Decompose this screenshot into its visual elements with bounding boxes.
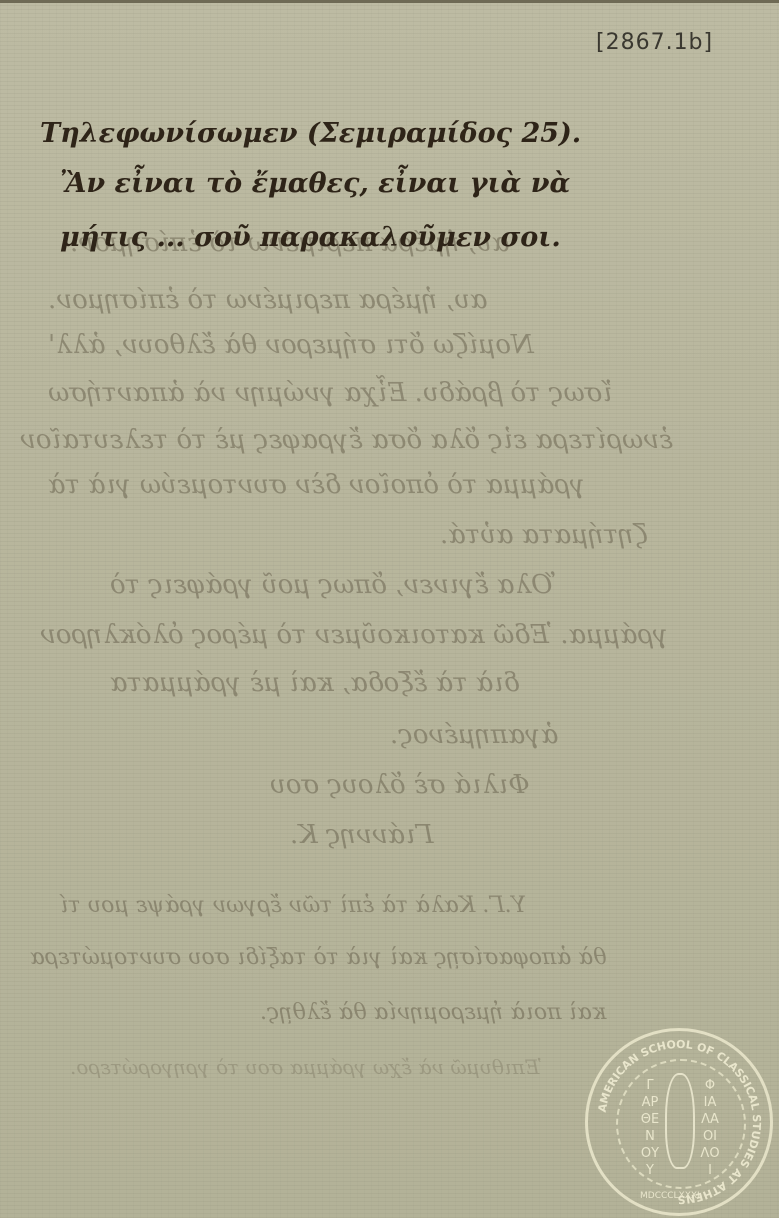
bleed-through-line: ἐνωρίτερα εἰς ὅλα ὅσα ἔγραφες μὲ τὸ τελε…	[20, 425, 673, 455]
bleed-through-line: διὰ τὰ ἔξοδα, καὶ μὲ γράμματα	[110, 668, 519, 698]
bleed-through-line: Υ.Γ. Καλὰ τὰ ἐπὶ τῶν ἔργων γράψε μου τί	[60, 893, 526, 918]
bleed-through-line: ζητήματα αὐτά.	[440, 520, 648, 550]
bleed-through-line: Γιάννης Κ.	[290, 820, 434, 850]
bleed-through-line: γράμμα τὸ ὁποῖον δὲν συντομεύω γιὰ τὰ	[48, 470, 585, 500]
handwritten-line: Τηλεφωνίσωμεν (Σεμιραμίδος 25).	[40, 118, 581, 149]
amphora-icon	[665, 1073, 695, 1169]
seal-right-letters: Φ ΙΑ ΛΑ ΟΙ ΛΟ Ι	[700, 1077, 720, 1179]
bleed-through-line: ἀγαπημένος.	[390, 720, 558, 750]
institution-seal-watermark: AMERICAN SCHOOL OF CLASSICAL STUDIES AT …	[585, 1028, 773, 1216]
page-top-edge	[0, 0, 779, 3]
seal-year: MDCCCLXXXI	[640, 1191, 700, 1201]
handwritten-line: Ἂν εἶναι τὸ ἔμαθες, εἶναι γιὰ νὰ	[60, 168, 570, 199]
bleed-through-line: ἴσως τὸ βράδυ. Εἶχα γνώμην νὰ ἀπαντήσω	[48, 378, 613, 408]
bleed-through-line: καὶ ποιὰ ἡμερομηνία θὰ ἔλθῃς.	[260, 1000, 606, 1025]
archive-id: [2867.1b]	[596, 30, 713, 55]
handwritten-line: μήτις ... σοῦ παρακαλοῦμεν σοι.	[60, 222, 561, 253]
bleed-through-line: Φιλιά σὲ ὅλους σου	[270, 770, 530, 800]
bleed-through-line: Νομίζω ὅτι σήμερον θὰ ἔλθουν, ἀλλ'	[48, 330, 534, 360]
bleed-through-line: θὰ ἀποφασίσῃς καὶ γιὰ τὸ ταξίδι σου συντ…	[30, 945, 606, 970]
bleed-through-line: αυ, ἠμέρα περιμένω τὸ ἐπίσημον.	[48, 285, 488, 315]
bleed-through-line: γράμμα. Ἐδῶ κατοικοῦμεν τὸ μέρος ὁλόκληρ…	[40, 620, 668, 650]
seal-left-letters: Γ ΑΡ ΘΕ Ν ΟΥ Υ	[640, 1077, 660, 1179]
letter-page: [2867.1b] αυ, ἠμέρα περιμένω τὸ ἐπίσημον…	[0, 0, 779, 1218]
bleed-through-line: Ἐπιθυμῶ νὰ ἔχω γράμμα σου τὸ γρηγορώτερο…	[70, 1055, 542, 1079]
bleed-through-line: Ὅλα ἔγινεν, ὅπως μοῦ γράφεις τὸ	[110, 570, 556, 600]
